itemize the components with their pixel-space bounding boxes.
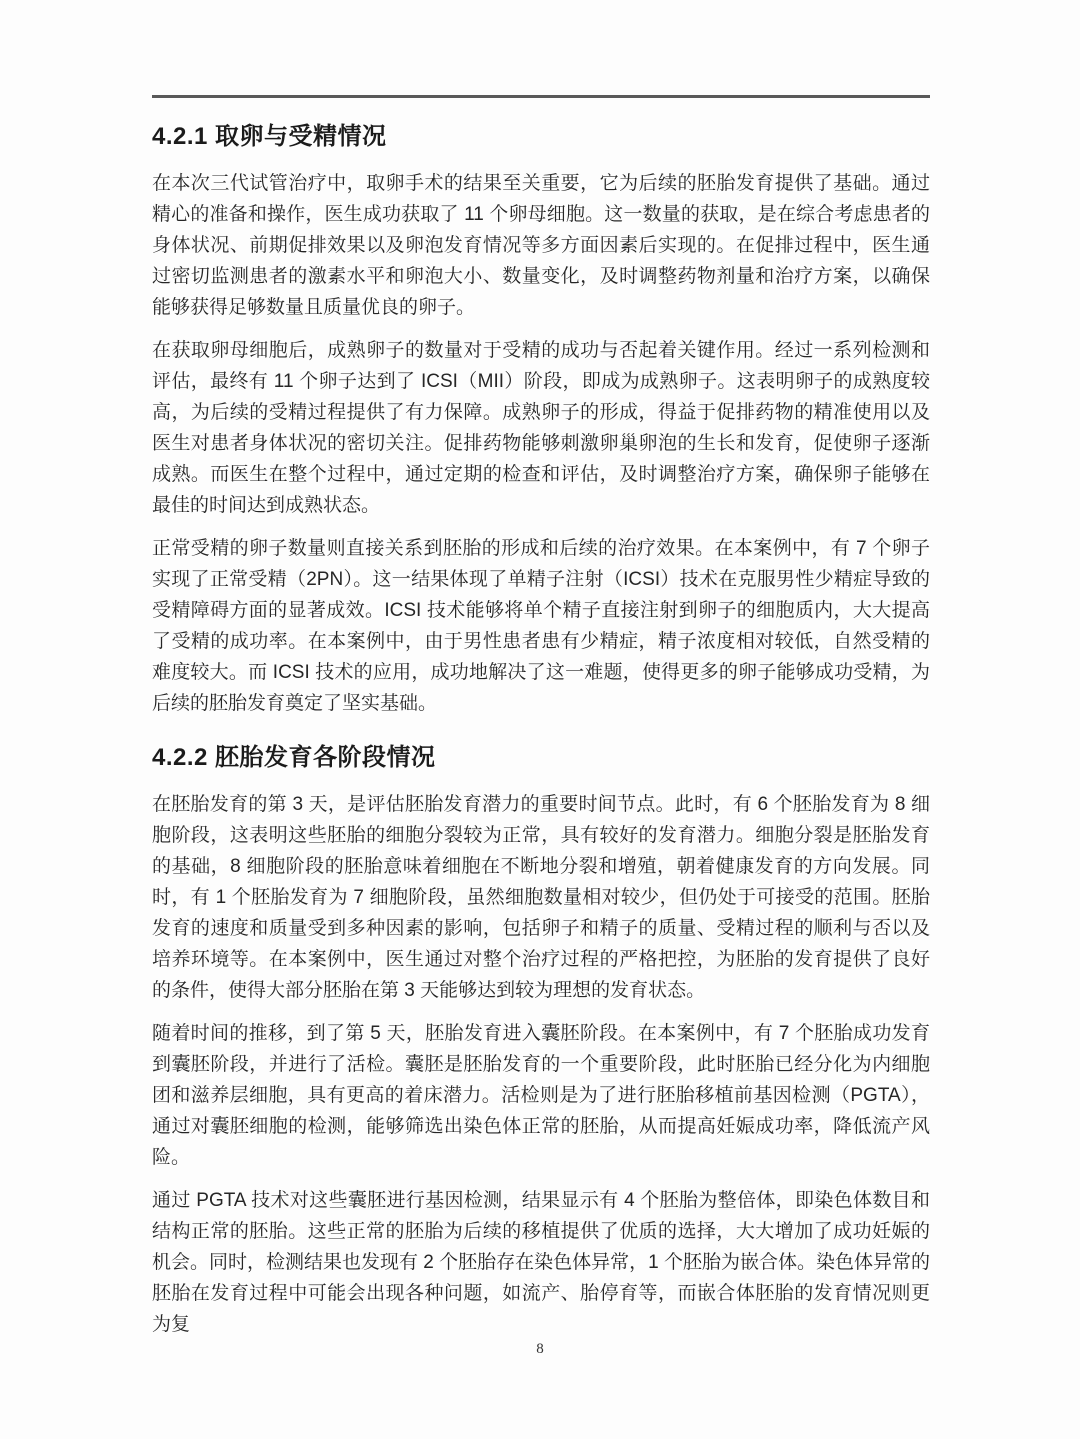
header-rule	[152, 95, 930, 98]
section-egg-retrieval-fertilization: 4.2.1 取卵与受精情况 在本次三代试管治疗中，取卵手术的结果至关重要，它为后…	[152, 123, 930, 719]
paragraph: 随着时间的推移，到了第 5 天，胚胎发育进入囊胚阶段。在本案例中，有 7 个胚胎…	[152, 1018, 930, 1173]
document-content: 4.2.1 取卵与受精情况 在本次三代试管治疗中，取卵手术的结果至关重要，它为后…	[152, 95, 930, 1352]
section-heading-4-2-1: 4.2.1 取卵与受精情况	[152, 123, 930, 152]
paragraph: 通过 PGTA 技术对这些囊胚进行基因检测，结果显示有 4 个胚胎为整倍体，即染…	[152, 1185, 930, 1340]
paragraph: 在获取卵母细胞后，成熟卵子的数量对于受精的成功与否起着关键作用。经过一系列检测和…	[152, 335, 930, 521]
document-page: 4.2.1 取卵与受精情况 在本次三代试管治疗中，取卵手术的结果至关重要，它为后…	[0, 0, 1080, 1439]
paragraph: 在本次三代试管治疗中，取卵手术的结果至关重要，它为后续的胚胎发育提供了基础。通过…	[152, 168, 930, 323]
paragraph: 在胚胎发育的第 3 天，是评估胚胎发育潜力的重要时间节点。此时，有 6 个胚胎发…	[152, 789, 930, 1006]
page-number: 8	[0, 1341, 1080, 1358]
section-heading-4-2-2: 4.2.2 胚胎发育各阶段情况	[152, 744, 930, 773]
section-embryo-development-stages: 4.2.2 胚胎发育各阶段情况 在胚胎发育的第 3 天，是评估胚胎发育潜力的重要…	[152, 744, 930, 1340]
paragraph: 正常受精的卵子数量则直接关系到胚胎的形成和后续的治疗效果。在本案例中，有 7 个…	[152, 533, 930, 719]
